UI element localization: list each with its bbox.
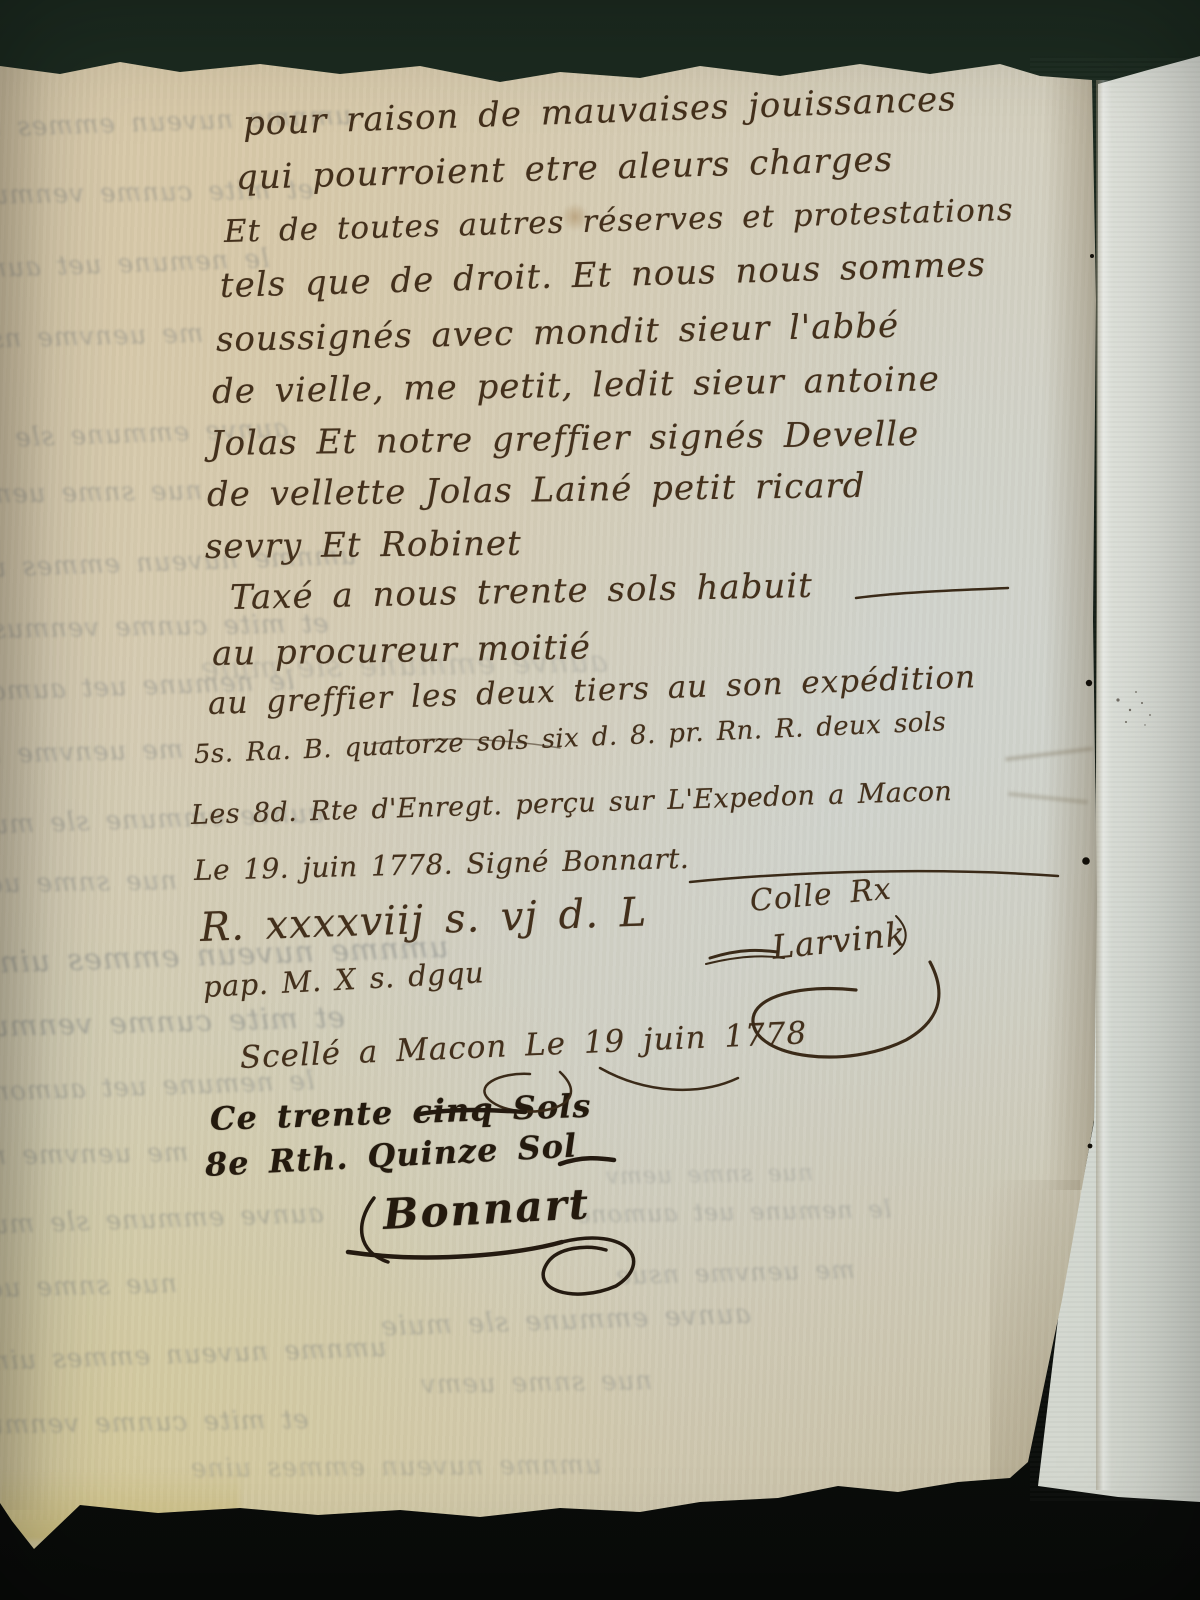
bleedthrough-line: le nemune uet aumone: [575, 1195, 892, 1229]
page-fold-edge: [1096, 80, 1112, 1490]
bleedthrough-line: umnme nuveun emmes uine: [190, 1450, 602, 1484]
manuscript-line-9: sevry Et Robinet: [205, 524, 522, 567]
photograph-of-manuscript: umnme nuveun emmes uine et mite cunme ve…: [0, 0, 1200, 1600]
manuscript-page: umnme nuveun emmes uine et mite cunme ve…: [0, 0, 1200, 1600]
bleedthrough-line: nue snme uemv: [0, 476, 202, 510]
bleedthrough-line: nue snme uemv: [0, 866, 177, 900]
bleedthrough-line: me uenvme nsue: [0, 1138, 189, 1172]
manuscript-line-11: au procureur moitié: [212, 627, 592, 674]
bleedthrough-line: nue snme uemv: [420, 1366, 653, 1400]
bleedthrough-line: nue snme uemv: [0, 1269, 177, 1305]
fold-shadow: [1044, 70, 1098, 1190]
bleedthrough-line: et mite cunme venmuse: [0, 1405, 309, 1441]
bleedthrough-line: nue snme uemv: [605, 1160, 814, 1190]
